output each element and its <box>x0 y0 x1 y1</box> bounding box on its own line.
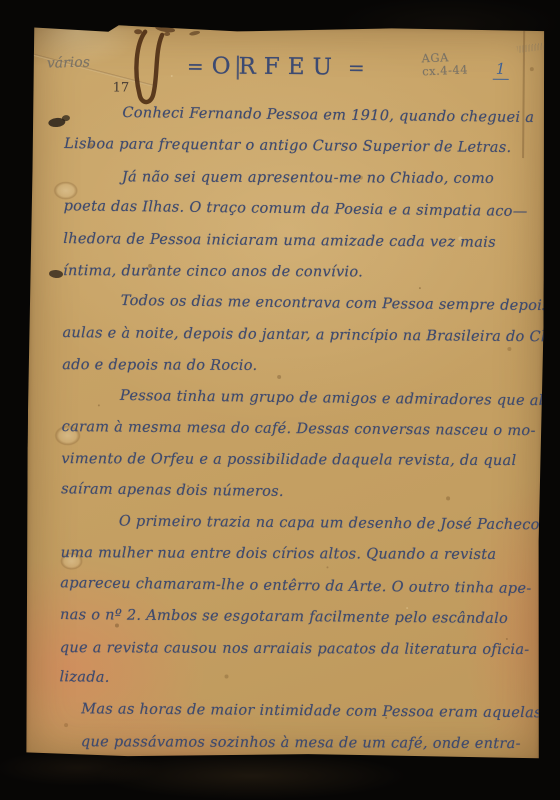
title-right-equals: = <box>340 55 373 79</box>
manuscript-line: saíram apenas dois números. <box>61 474 531 511</box>
manuscript-line: aulas e à noite, depois do jantar, a pri… <box>62 318 532 353</box>
pencil-scribble <box>517 42 548 53</box>
ink-smudge <box>48 117 66 128</box>
pencil-annotation-varios: vários <box>47 55 90 72</box>
title-word: ORFEU <box>212 53 341 80</box>
manuscript-line: poeta das Ilhas. O traço comum da Poesia… <box>63 191 533 228</box>
manuscript-line: apareceu chamaram-lhe o entêrro da Arte.… <box>60 568 530 605</box>
manuscript-line: caram à mesma mesa do café. Dessas conve… <box>62 412 532 447</box>
title-left-equals: = <box>179 54 212 78</box>
manuscript-line: Todos os dias me encontrava com Pessoa s… <box>63 286 533 323</box>
manuscript-line: lizada. <box>59 662 529 699</box>
manuscript-line: ado e depois na do Rocio. <box>62 350 532 383</box>
archive-code-line2: cx.4-44 <box>422 63 468 78</box>
page-number: 1 <box>493 60 509 80</box>
ink-smudge <box>189 30 201 36</box>
manuscript-line: uma mulher nua entre dois círios altos. … <box>61 539 531 572</box>
ink-smudge <box>49 269 64 278</box>
manuscript-line: que passávamos sozinhos à mesa de um caf… <box>59 727 529 760</box>
scanner-background: vários 17 =ORFEU= AGA cx.4-44 1 Conheci … <box>0 0 560 800</box>
archive-code: AGA cx.4-44 <box>421 50 468 78</box>
manuscript-page: vários 17 =ORFEU= AGA cx.4-44 1 Conheci … <box>25 24 546 761</box>
manuscript-line: vimento de Orfeu e a possibilidade daque… <box>61 444 531 477</box>
manuscript-line: lhedora de Pessoa iniciaram uma amizade … <box>63 224 533 259</box>
manuscript-line: Lisboa para frequentar o antigo Curso Su… <box>64 129 534 164</box>
manuscript-line: nas o nº 2. Ambos se esgotaram facilment… <box>60 600 530 635</box>
pencil-annotation-number: 17 <box>113 80 130 95</box>
manuscript-title: =ORFEU= <box>171 53 381 81</box>
manuscript-line: Conheci Fernando Pessoa em 1910, quando … <box>64 97 534 134</box>
manuscript-line: que a revista causou nos arraiais pacato… <box>60 633 530 666</box>
manuscript-line: íntima, durante cinco anos de convívio. <box>63 256 533 289</box>
paper-foxing-speckles <box>31 24 33 26</box>
manuscript-line: Pessoa tinha um grupo de amigos e admira… <box>62 380 532 417</box>
manuscript-line: Já não sei quem apresentou-me no Chiado,… <box>64 162 534 195</box>
manuscript-body: Conheci Fernando Pessoa em 1910, quando … <box>59 98 535 761</box>
manuscript-line: O primeiro trazia na capa um desenho de … <box>61 506 531 541</box>
manuscript-line: Mas as horas de maior intimidade com Pes… <box>59 694 529 729</box>
title-o-slash-decoration <box>237 56 239 80</box>
